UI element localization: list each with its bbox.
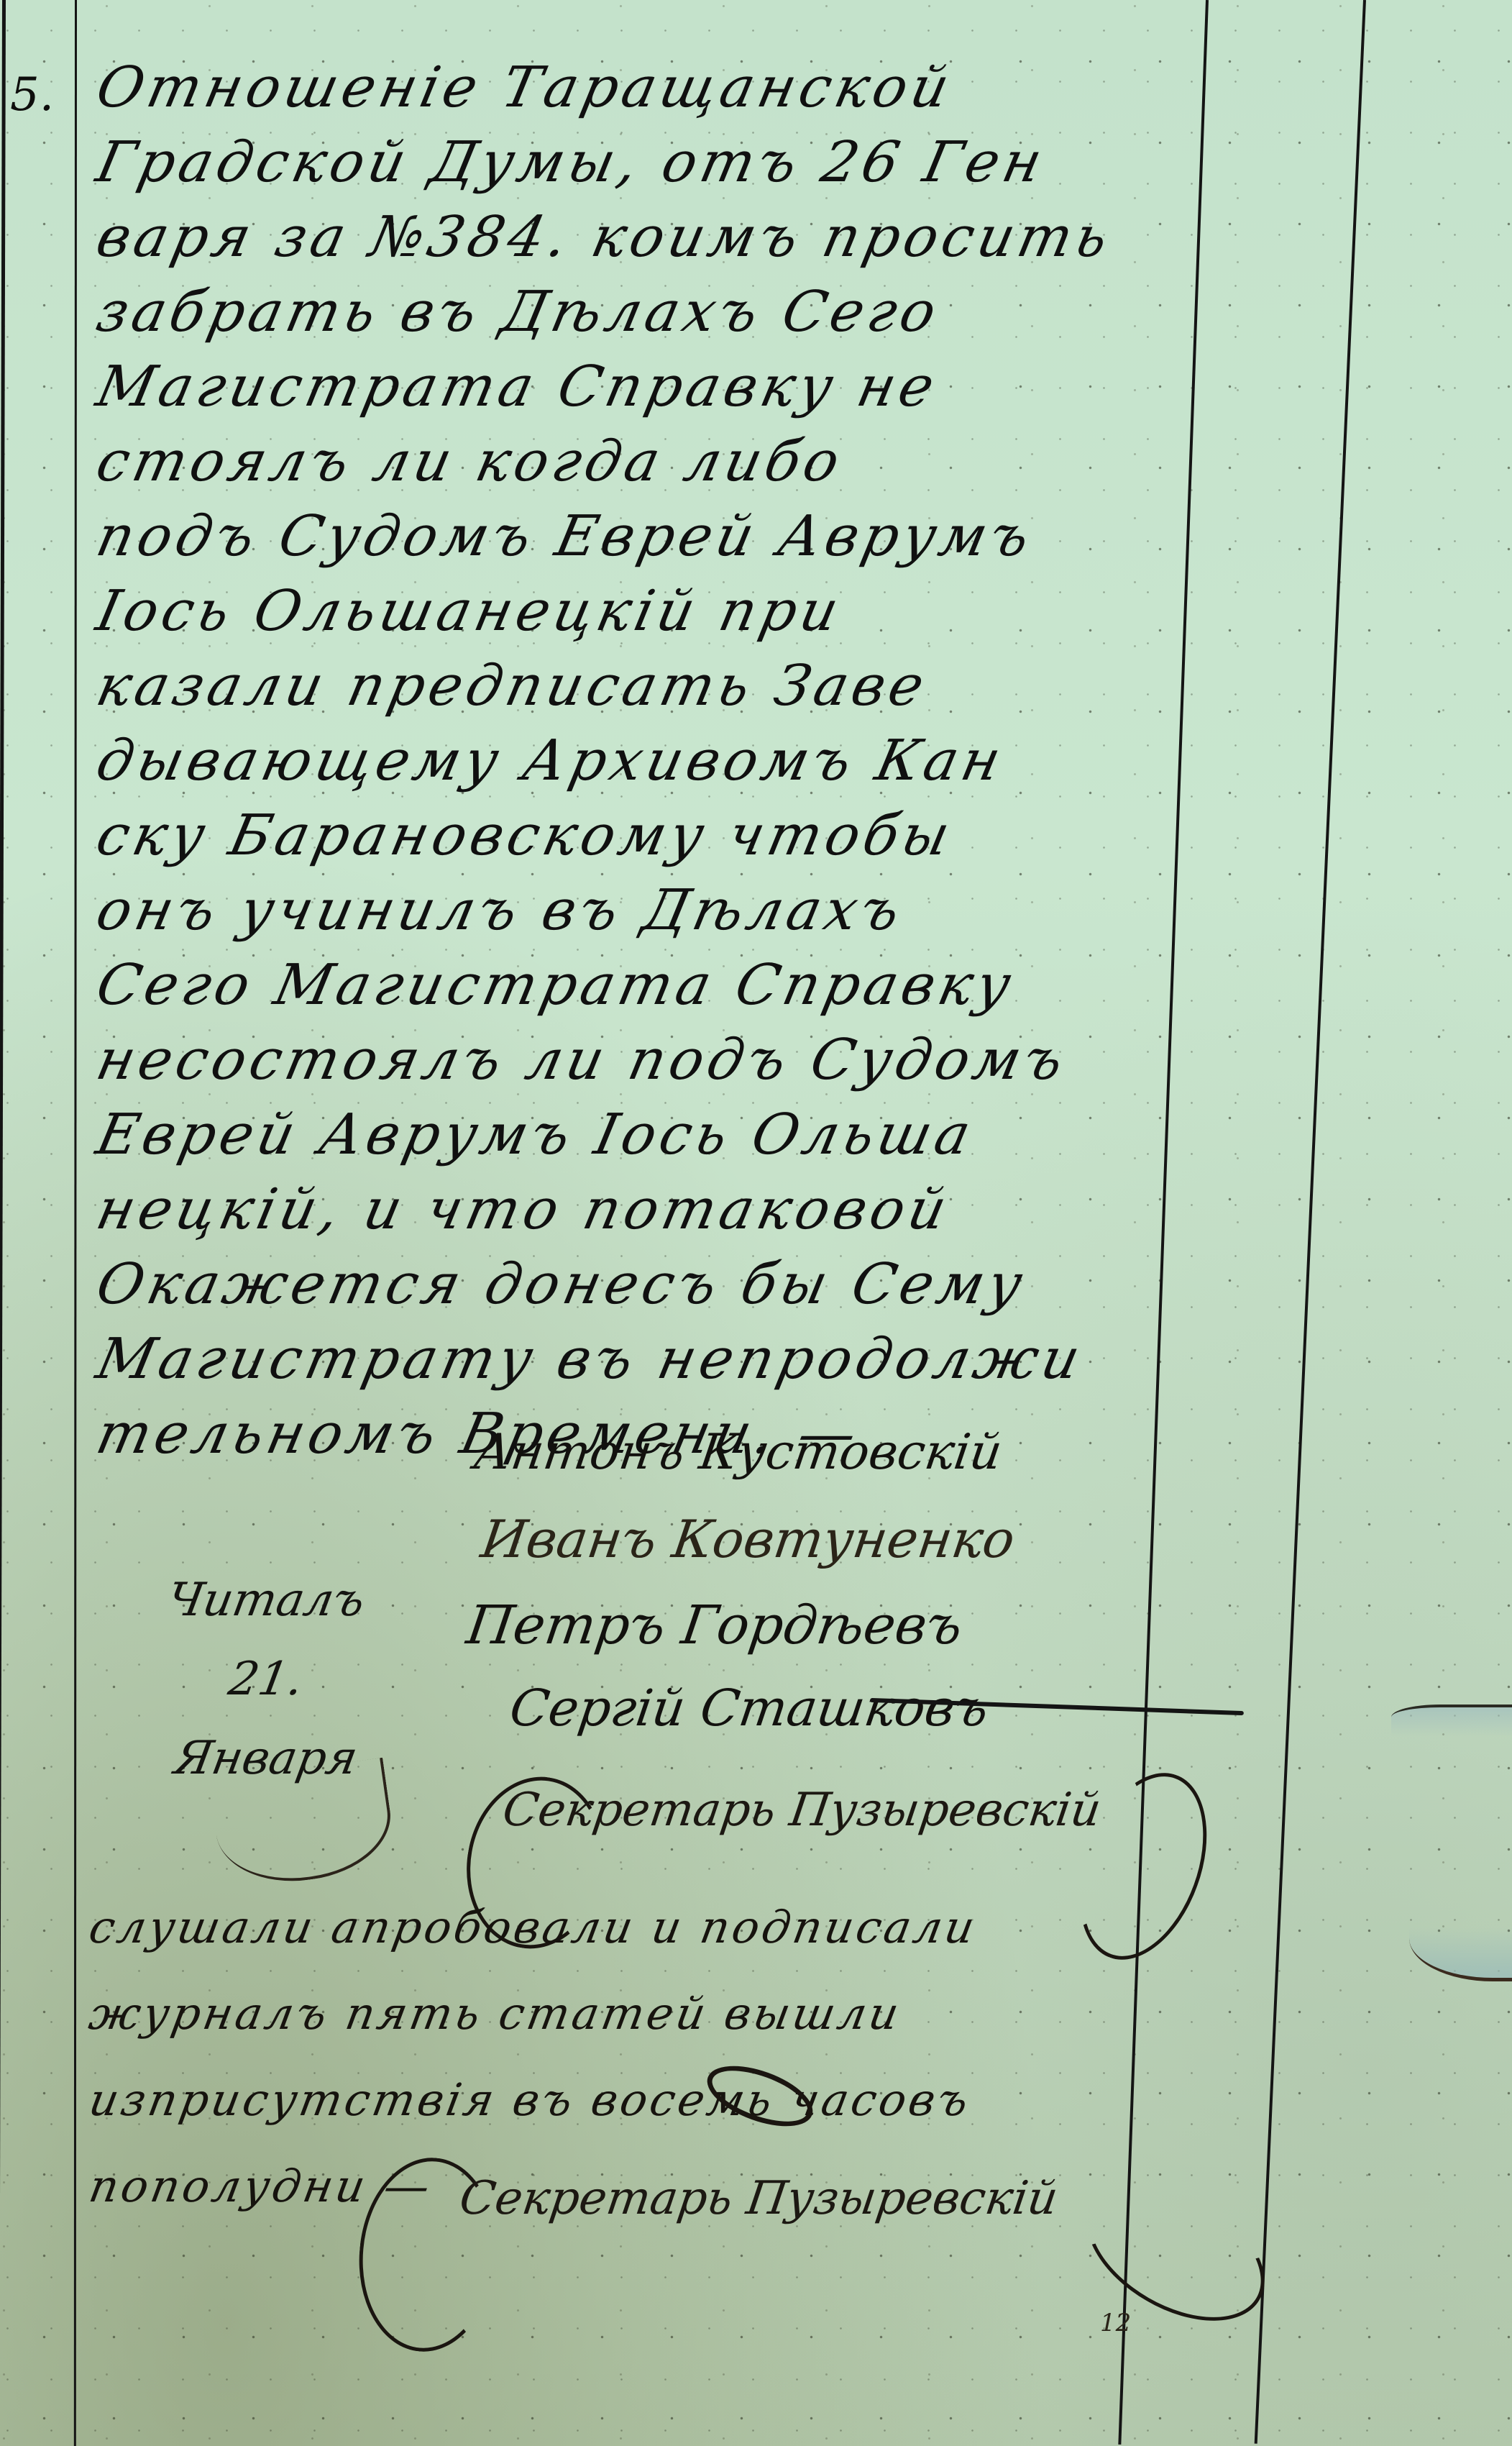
entry-line: нецкiй, и что потаковой [90,1172,1227,1247]
closing-line: слушали апробовали и подписали [82,1884,1176,1971]
entry-line: Отношенiе Таращанской [90,50,1227,125]
paper-page: 5. Отношенiе Таращанской Градской Думы, … [0,0,1512,2446]
paper-tear-upper [1391,1705,1512,1736]
entry-line: Окажется донесъ бы Сему [90,1247,1227,1322]
entry-line: Iось Ольшанецкiй при [90,574,1227,649]
entry-line: подъ Судомъ Еврей Аврумъ [90,499,1227,574]
signatures-block: Антонъ Кустовскiй Иванъ Ковтуненко Петръ… [460,1410,1251,1748]
margin-note-line: Читалъ [101,1561,431,1640]
entry-number: 5. [10,68,54,122]
entry-line: стоялъ ли когда либо [90,424,1227,499]
entry-line: ску Барановскому чтобы [90,798,1227,873]
entry-line: несостоялъ ли подъ Судомъ [90,1023,1227,1097]
entry-line: казали предписать Заве [90,649,1227,724]
signature: Иванъ Ковтуненко [476,1496,1257,1582]
margin-note-line: 21. [101,1640,431,1719]
secretary-signature: Секретарь Пузыревскiй [457,2172,1061,2225]
entry-line: Магистрату въ непродолжи [90,1322,1227,1397]
entry-line: онъ учинилъ въ Дѣлахъ [90,873,1227,948]
left-margin-rule [74,0,77,2446]
entry-body: Отношенiе Таращанской Градской Думы, отъ… [90,50,1211,1471]
entry-line: забрать въ Дѣлахъ Сего [90,275,1227,350]
closing-line: изприсутствiя въ восемь часовъ [82,2057,1176,2143]
page-mark: 12 [1100,2309,1131,2337]
signature: Антонъ Кустовскiй [469,1410,1257,1496]
paper-tear-lower [1409,1927,1512,1981]
signature: Петръ Гордѣевъ [462,1582,1257,1669]
entry-line: Градской Думы, отъ 26 Ген [90,125,1227,200]
left-edge-rule [0,0,6,2446]
entry-line: Сего Магистрата Справку [90,948,1227,1023]
entry-line: Магистрата Справку не [90,350,1227,424]
right-outer-rule [1255,0,1366,2444]
closing-line: журналъ пять статей вышли [82,1971,1176,2057]
entry-line: дывающему Архивомъ Кан [90,724,1227,798]
margin-flourish-icon [209,1758,398,1891]
secretary-signature: Секретарь Пузыревскiй [500,1784,1104,1837]
entry-line: варя за №384. коимъ просить [90,200,1227,275]
entry-line: Еврей Аврумъ Iось Ольша [90,1097,1227,1172]
